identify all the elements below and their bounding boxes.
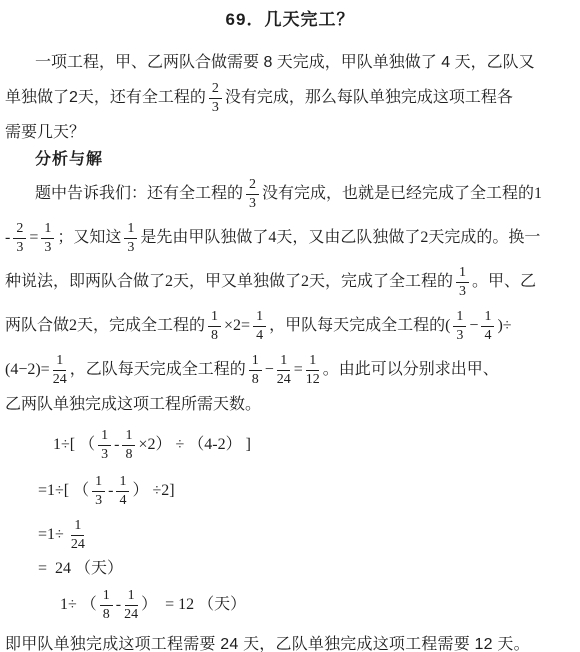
- fraction-numerator: 1: [453, 309, 466, 326]
- text-run: 没有完成，也就是已经完成了全工程的1: [262, 184, 542, 203]
- text-run: ×2） ÷ （4-2） ]: [138, 435, 250, 454]
- fraction-denominator: 4: [256, 327, 263, 343]
- formula-line: =1÷[ （13-14） ÷2]: [5, 468, 575, 514]
- fraction-denominator: 3: [95, 492, 102, 508]
- fraction-denominator: 3: [456, 327, 463, 343]
- text-run: 一项工程，甲、乙两队合做需要 8 天完成，甲队单独做了 4 天，乙队又: [35, 53, 535, 72]
- fraction-denominator: 3: [212, 99, 219, 115]
- fraction-denominator: 8: [103, 606, 110, 622]
- page-title: 69．几天完工？: [5, 8, 575, 32]
- fraction-denominator: 3: [44, 239, 51, 255]
- text-run: ，乙队每天完成全工程的: [70, 360, 246, 379]
- analysis-line: 两队合做2天，完成全工程的18×2=14，甲队每天完成全工程的(13−14)÷: [5, 304, 575, 348]
- fraction-denominator: 8: [125, 446, 132, 462]
- text-run: =1÷: [38, 525, 68, 544]
- text-run: ×2=: [224, 316, 250, 335]
- text-run: ） ÷2]: [132, 481, 174, 500]
- text-run: 是先由甲队独做了4天，又由乙队独做了2天完成的。换一: [140, 228, 540, 247]
- fraction-denominator: 4: [119, 492, 126, 508]
- fraction: 13: [456, 265, 469, 299]
- fraction-denominator: 3: [127, 239, 134, 255]
- fraction: 23: [209, 81, 222, 115]
- text-run: 。甲、乙: [472, 272, 536, 291]
- fraction: 124: [124, 588, 138, 622]
- fraction-denominator: 3: [249, 195, 256, 211]
- text-run: 两队合做2天，完成全工程的: [5, 316, 205, 335]
- fraction-numerator: 2: [13, 221, 26, 238]
- fraction-numerator: 1: [98, 428, 111, 445]
- fraction: 18: [208, 309, 221, 343]
- text-run: -: [5, 228, 10, 247]
- fraction-numerator: 1: [125, 588, 138, 605]
- fraction-numerator: 1: [71, 518, 84, 535]
- analysis-line: 种说法，即两队合做了2天，甲又单独做了2天，完成了全工程的13。甲、乙: [5, 260, 575, 304]
- fraction-numerator: 1: [100, 588, 113, 605]
- textbook-page: 69．几天完工？ 一项工程，甲、乙两队合做需要 8 天完成，甲队单独做了 4 天…: [0, 0, 580, 652]
- fraction-denominator: 24: [53, 371, 67, 387]
- fraction-denominator: 3: [101, 446, 108, 462]
- formula-line: 1÷[ （13-18×2） ÷ （4-2） ]: [5, 422, 575, 468]
- fraction-numerator: 1: [41, 221, 54, 238]
- problem-line: 单独做了2天，还有全工程的23没有完成，那么每队单独完成这项工程各: [5, 76, 575, 120]
- text-run: = 24 （天）: [38, 559, 123, 578]
- fraction: 13: [41, 221, 54, 255]
- fraction-denominator: 3: [16, 239, 23, 255]
- fraction-numerator: 1: [124, 221, 137, 238]
- fraction: 13: [124, 221, 137, 255]
- text-run: 单独做了2天，还有全工程的: [5, 88, 206, 107]
- text-run: 。由此可以分别求出甲、: [323, 360, 499, 379]
- text-run: 没有完成，那么每队单独完成这项工程各: [225, 88, 513, 107]
- fraction: 23: [13, 221, 26, 255]
- fraction-denominator: 12: [306, 371, 320, 387]
- fraction-numerator: 1: [481, 309, 494, 326]
- problem-line: 一项工程，甲、乙两队合做需要 8 天完成，甲队单独做了 4 天，乙队又: [5, 50, 575, 76]
- text-run: =: [294, 360, 303, 379]
- fraction: 23: [246, 177, 259, 211]
- fraction-denominator: 24: [71, 536, 85, 552]
- fraction-numerator: 1: [253, 309, 266, 326]
- text-run: =1÷[ （: [38, 481, 89, 500]
- calculation-block: 1÷[ （13-18×2） ÷ （4-2） ] =1÷[ （13-14） ÷2]…: [5, 422, 575, 628]
- fraction-numerator: 1: [122, 428, 135, 445]
- text-run: ；又知这: [57, 228, 121, 247]
- fraction-numerator: 2: [209, 81, 222, 98]
- formula-line: =1÷ 124: [5, 514, 575, 556]
- fraction: 124: [277, 353, 291, 387]
- fraction: 124: [71, 518, 85, 552]
- fraction: 18: [249, 353, 262, 387]
- text-run: =: [29, 228, 38, 247]
- problem-line: 需要几天？: [5, 120, 575, 146]
- text-run: ） = 12 （天）: [141, 595, 246, 614]
- fraction: 14: [481, 309, 494, 343]
- fraction: 13: [92, 474, 105, 508]
- fraction-numerator: 1: [277, 353, 290, 370]
- fraction-denominator: 4: [484, 327, 491, 343]
- section-heading-analysis: 分析与解: [5, 146, 575, 172]
- text-run: -: [108, 481, 113, 500]
- text-run: )÷: [497, 316, 511, 335]
- text-run: −: [469, 316, 478, 335]
- formula-line: 1÷ （18-124） = 12 （天）: [5, 582, 575, 628]
- fraction-denominator: 8: [211, 327, 218, 343]
- fraction-numerator: 1: [456, 265, 469, 282]
- text-run: ，甲队每天完成全工程的(: [269, 316, 450, 335]
- analysis-line: 题中告诉我们：还有全工程的23没有完成，也就是已经完成了全工程的1: [5, 172, 575, 216]
- text-run: 题中告诉我们：还有全工程的: [35, 184, 243, 203]
- fraction-numerator: 1: [208, 309, 221, 326]
- analysis-section: 题中告诉我们：还有全工程的23没有完成，也就是已经完成了全工程的1 -23=13…: [5, 172, 575, 418]
- fraction-numerator: 1: [306, 353, 319, 370]
- conclusion-text: 即甲队单独完成这项工程需要 24 天，乙队单独完成这项工程需要 12 天。: [5, 630, 575, 652]
- text-run: 需要几天？: [5, 123, 85, 142]
- text-run: -: [116, 595, 121, 614]
- text-run: 1÷[ （: [53, 435, 95, 454]
- text-run: (4−2)=: [5, 360, 50, 379]
- fraction: 112: [306, 353, 320, 387]
- text-run: 乙两队单独完成这项工程所需天数。: [5, 395, 261, 414]
- analysis-line: (4−2)=124，乙队每天完成全工程的18−124=112。由此可以分别求出甲…: [5, 348, 575, 392]
- fraction-numerator: 1: [116, 474, 129, 491]
- fraction-numerator: 1: [249, 353, 262, 370]
- analysis-line: -23=13；又知这13是先由甲队独做了4天，又由乙队独做了2天完成的。换一: [5, 216, 575, 260]
- formula-line: = 24 （天）: [5, 556, 575, 582]
- fraction: 14: [253, 309, 266, 343]
- fraction: 18: [100, 588, 113, 622]
- fraction-denominator: 8: [252, 371, 259, 387]
- fraction-denominator: 24: [124, 606, 138, 622]
- problem-statement: 一项工程，甲、乙两队合做需要 8 天完成，甲队单独做了 4 天，乙队又 单独做了…: [5, 50, 575, 146]
- text-run: 种说法，即两队合做了2天，甲又单独做了2天，完成了全工程的: [5, 272, 453, 291]
- text-run: −: [265, 360, 274, 379]
- fraction: 124: [53, 353, 67, 387]
- text-run: 1÷ （: [60, 595, 97, 614]
- fraction: 18: [122, 428, 135, 462]
- fraction-numerator: 1: [92, 474, 105, 491]
- analysis-line: 乙两队单独完成这项工程所需天数。: [5, 392, 575, 418]
- fraction-denominator: 24: [277, 371, 291, 387]
- fraction-denominator: 3: [459, 283, 466, 299]
- fraction: 14: [116, 474, 129, 508]
- fraction: 13: [453, 309, 466, 343]
- text-run: -: [114, 435, 119, 454]
- fraction: 13: [98, 428, 111, 462]
- fraction-numerator: 2: [246, 177, 259, 194]
- fraction-numerator: 1: [53, 353, 66, 370]
